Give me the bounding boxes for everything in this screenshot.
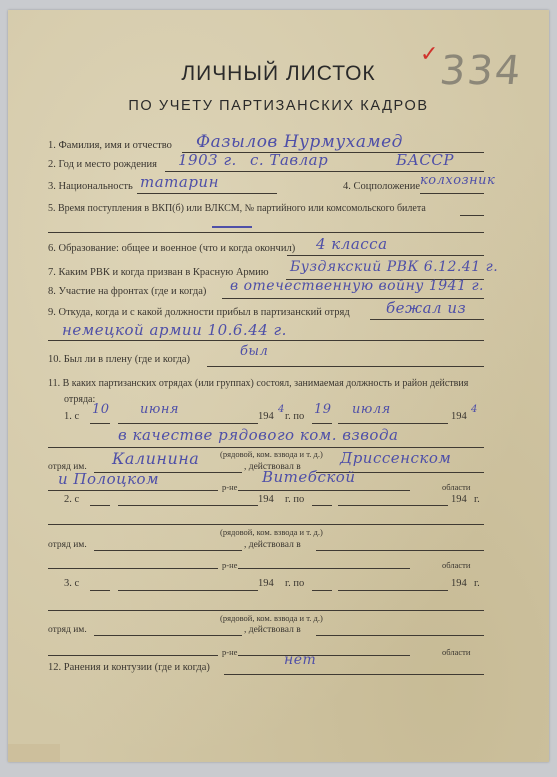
- detachment-1-to-month: июля: [352, 402, 391, 417]
- detachment-3-to-year: 194: [451, 578, 467, 589]
- detachment-1-acted-value: Дриссенском: [340, 449, 451, 467]
- detachment-1-oblast-value: Витебской: [262, 468, 356, 486]
- field-4-label: 4. Соцположение: [343, 181, 420, 192]
- detachment-3-position-hint: (рядовой, ком. взвода и т. д.): [220, 613, 323, 623]
- field-8-value: в отечественную войну 1941 г.: [230, 278, 484, 294]
- detachment-2-otryad-label: отряд им.: [48, 540, 87, 550]
- field-7-value: Буздякский РВК 6.12.41 г.: [290, 259, 498, 275]
- detachment-1-district-value: и Полоцком: [58, 470, 159, 488]
- document-subtitle: ПО УЧЕТУ ПАРТИЗАНСКИХ КАДРОВ: [0, 98, 557, 114]
- detachment-2-number: 2. с: [64, 494, 79, 505]
- field-8-label: 8. Участие на фронтах (где и когда): [48, 286, 206, 297]
- field-1-label: 1. Фамилия, имя и отчество: [48, 140, 172, 151]
- field-2-region: БАССР: [396, 151, 454, 169]
- detachment-3-oblast-label: области: [442, 647, 470, 657]
- field-9-label: 9. Откуда, когда и с какой должности при…: [48, 307, 350, 318]
- detachment-2-to-year: 194: [451, 494, 467, 505]
- field-9-value-line1: бежал из: [386, 299, 466, 317]
- detachment-1-position-hint: (рядовой, ком. взвода и т. д.): [220, 449, 323, 459]
- detachment-2-year-end: г.: [474, 494, 480, 505]
- field-11-label: 11. В каких партизанских отрядах (или гр…: [48, 378, 468, 389]
- detachment-2-from-year: 194: [258, 494, 274, 505]
- detachment-1-to-year-suffix: 4: [471, 404, 478, 415]
- field-12-label: 12. Ранения и контузии (где и когда): [48, 662, 210, 673]
- field-7-label: 7. Каким РВК и когда призван в Красную А…: [48, 267, 269, 278]
- detachment-1-to-day: 19: [314, 402, 332, 417]
- detachment-2-to-label: г. по: [285, 494, 304, 505]
- field-3-value: татарин: [140, 173, 219, 191]
- field-4-value: колхозник: [420, 173, 495, 188]
- field-3-label: 3. Национальность: [48, 181, 133, 192]
- detachment-1-district-label: р-не: [222, 482, 237, 492]
- detachment-1-from-day: 10: [92, 402, 110, 417]
- detachment-3-to-label: г. по: [285, 578, 304, 589]
- detachment-1-to-label: г. по: [285, 411, 304, 422]
- field-2-year: 1903 г.: [178, 151, 237, 169]
- detachment-1-to-year: 194: [451, 411, 467, 422]
- field-6-value: 4 класса: [316, 235, 388, 253]
- field-6-label: 6. Образование: общее и военное (что и к…: [48, 243, 295, 254]
- detachment-1-oblast-label: области: [442, 482, 470, 492]
- field-2-label: 2. Год и место рождения: [48, 159, 157, 170]
- field-9-value-line2: немецкой армии 10.6.44 г.: [62, 321, 287, 339]
- field-10-label: 10. Был ли в плену (где и когда): [48, 354, 190, 365]
- detachment-1-number: 1. с: [64, 411, 79, 422]
- detachment-3-district-label: р-не: [222, 647, 237, 657]
- field-11-label-2: отряда:: [64, 394, 95, 405]
- detachment-3-otryad-label: отряд им.: [48, 625, 87, 635]
- field-10-value: был: [240, 344, 268, 359]
- archive-number: 334: [438, 48, 525, 94]
- detachment-1-from-month: июня: [140, 402, 179, 417]
- field-5-label: 5. Время поступления в ВКП(б) или ВЛКСМ,…: [48, 203, 426, 214]
- detachment-3-acted-label: , действовал в: [244, 625, 301, 635]
- detachment-1-otryad-value: Калинина: [112, 449, 199, 468]
- detachment-3-number: 3. с: [64, 578, 79, 589]
- detachment-2-oblast-label: области: [442, 560, 470, 570]
- torn-corner: [8, 744, 60, 762]
- detachment-3-year-end: г.: [474, 578, 480, 589]
- detachment-2-position-hint: (рядовой, ком. взвода и т. д.): [220, 527, 323, 537]
- red-check-mark: ✓: [420, 42, 438, 67]
- detachment-1-from-year: 194: [258, 411, 274, 422]
- detachment-3-from-year: 194: [258, 578, 274, 589]
- detachment-2-acted-label: , действовал в: [244, 540, 301, 550]
- field-5-dash: [212, 226, 252, 228]
- detachment-1-position: в качестве рядового ком. взвода: [118, 426, 398, 444]
- field-2-place: с. Тавлар: [250, 151, 328, 169]
- detachment-2-district-label: р-не: [222, 560, 237, 570]
- field-1-value: Фазылов Нурмухамед: [196, 132, 403, 152]
- field-12-value: нет: [284, 652, 316, 668]
- detachment-1-from-year-suffix: 4: [278, 404, 285, 415]
